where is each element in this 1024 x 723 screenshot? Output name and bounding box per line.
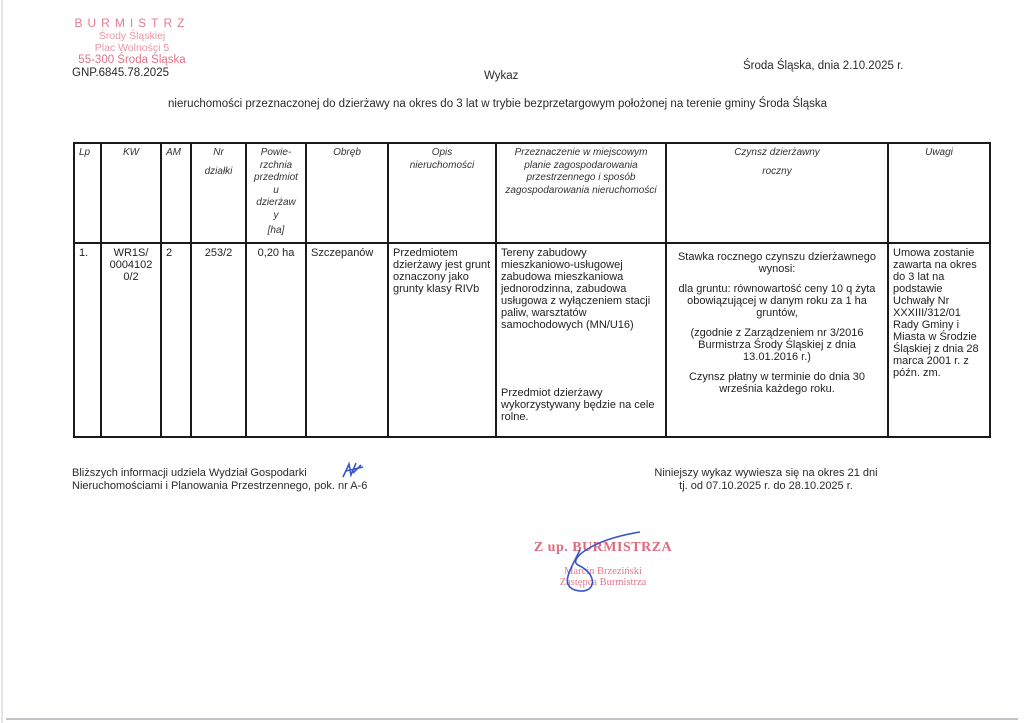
notice-line: tj. od 07.10.2025 r. do 28.10.2025 r. — [626, 480, 906, 493]
cell-kw: WR1S/ 0004102 0/2 — [101, 243, 161, 437]
cell-am: 2 — [161, 243, 191, 437]
reference-number: GNP.6845.78.2025 — [72, 67, 169, 79]
header-line: Powie- — [251, 147, 301, 160]
header-line: nieruchomości — [393, 160, 491, 173]
contact-info: Bliższych informacji udziela Wydział Gos… — [72, 467, 367, 493]
table-header-row: Lp KW AM Nr działki Powie- rzchnia przed… — [74, 143, 990, 243]
cell-uwagi: Umowa zostanie zawarta na okres do 3 lat… — [888, 243, 990, 437]
stamp-city: 55-300 Środa Śląska — [52, 54, 212, 67]
cell-czynsz: Stawka rocznego czynszu dzierżawnego wyn… — [666, 243, 888, 437]
stamp-title: BURMISTRZ — [52, 16, 212, 30]
rent-rate-basis: dla gruntu: równowartość ceny 10 q żyta … — [671, 283, 883, 319]
cell-lp: 1. — [74, 243, 101, 437]
header-line: Opis — [393, 147, 491, 160]
rent-legal-basis: (zgodnie z Zarządzeniem nr 3/2016 Burmis… — [671, 327, 883, 363]
cell-nr-dzialki: 253/2 — [191, 243, 246, 437]
posting-notice: Niniejszy wykaz wywiesza się na okres 21… — [626, 467, 906, 493]
page-edge — [6, 718, 1018, 720]
cell-obreb: Szczepanów — [306, 243, 388, 437]
col-powierzchnia: Powie- rzchnia przedmiot u dzierżaw y [h… — [246, 143, 306, 243]
header-line: dzierżaw — [251, 197, 301, 210]
document-title: Wykaz — [484, 70, 518, 82]
contact-line: Nieruchomościami i Planowania Przestrzen… — [72, 480, 367, 493]
header-line: y — [251, 210, 301, 223]
header-line: rzchnia — [251, 160, 301, 173]
stamp-line: Środy Śląskiej — [52, 30, 212, 42]
col-am: AM — [161, 143, 191, 243]
col-uwagi: Uwagi — [888, 143, 990, 243]
intended-use: Przedmiot dzierżawy wykorzystywany będzi… — [501, 387, 654, 423]
cell-opis: Przedmiotem dzierżawy jest grunt oznaczo… — [388, 243, 496, 437]
stamp-line: Plac Wolności 5 — [52, 42, 212, 54]
header-line: Czynsz dzierżawny — [671, 147, 883, 160]
cell-przeznaczenie: Tereny zabudowy mieszkaniowo-usługowej z… — [496, 243, 666, 437]
header-line: przedmiot — [251, 172, 301, 185]
col-kw: KW — [101, 143, 161, 243]
spacer — [501, 331, 661, 387]
header-line: działki — [196, 166, 241, 179]
header-line: u — [251, 185, 301, 198]
rent-due-date: Czynsz płatny w terminie do dnia 30 wrze… — [671, 371, 883, 395]
col-nr-dzialki: Nr działki — [191, 143, 246, 243]
cell-powierzchnia: 0,20 ha — [246, 243, 306, 437]
col-przeznaczenie: Przeznaczenie w miejscowym planie zagosp… — [496, 143, 666, 243]
header-line: Nr — [196, 147, 241, 160]
initials-signature-icon — [341, 461, 365, 482]
place-date: Środa Śląska, dnia 2.10.2025 r. — [743, 60, 903, 72]
office-stamp: BURMISTRZ Środy Śląskiej Plac Wolności 5… — [52, 16, 212, 67]
property-table: Lp KW AM Nr działki Powie- rzchnia przed… — [73, 142, 991, 438]
table-row: 1. WR1S/ 0004102 0/2 2 253/2 0,20 ha Szc… — [74, 243, 990, 437]
plan-designation: Tereny zabudowy mieszkaniowo-usługowej z… — [501, 247, 650, 331]
header-line: [ha] — [251, 225, 301, 238]
document-subtitle: nieruchomości przeznaczonej do dzierżawy… — [168, 98, 827, 110]
handwritten-signature-icon — [540, 530, 650, 615]
contact-line: Bliższych informacji udziela Wydział Gos… — [72, 467, 367, 480]
col-obreb: Obręb — [306, 143, 388, 243]
rent-rate-intro: Stawka rocznego czynszu dzierżawnego wyn… — [671, 251, 883, 275]
col-czynsz: Czynsz dzierżawny roczny — [666, 143, 888, 243]
scan-edge — [1, 0, 3, 723]
notice-line: Niniejszy wykaz wywiesza się na okres 21… — [626, 467, 906, 480]
col-lp: Lp — [74, 143, 101, 243]
col-opis: Opis nieruchomości — [388, 143, 496, 243]
header-line: roczny — [671, 166, 883, 179]
